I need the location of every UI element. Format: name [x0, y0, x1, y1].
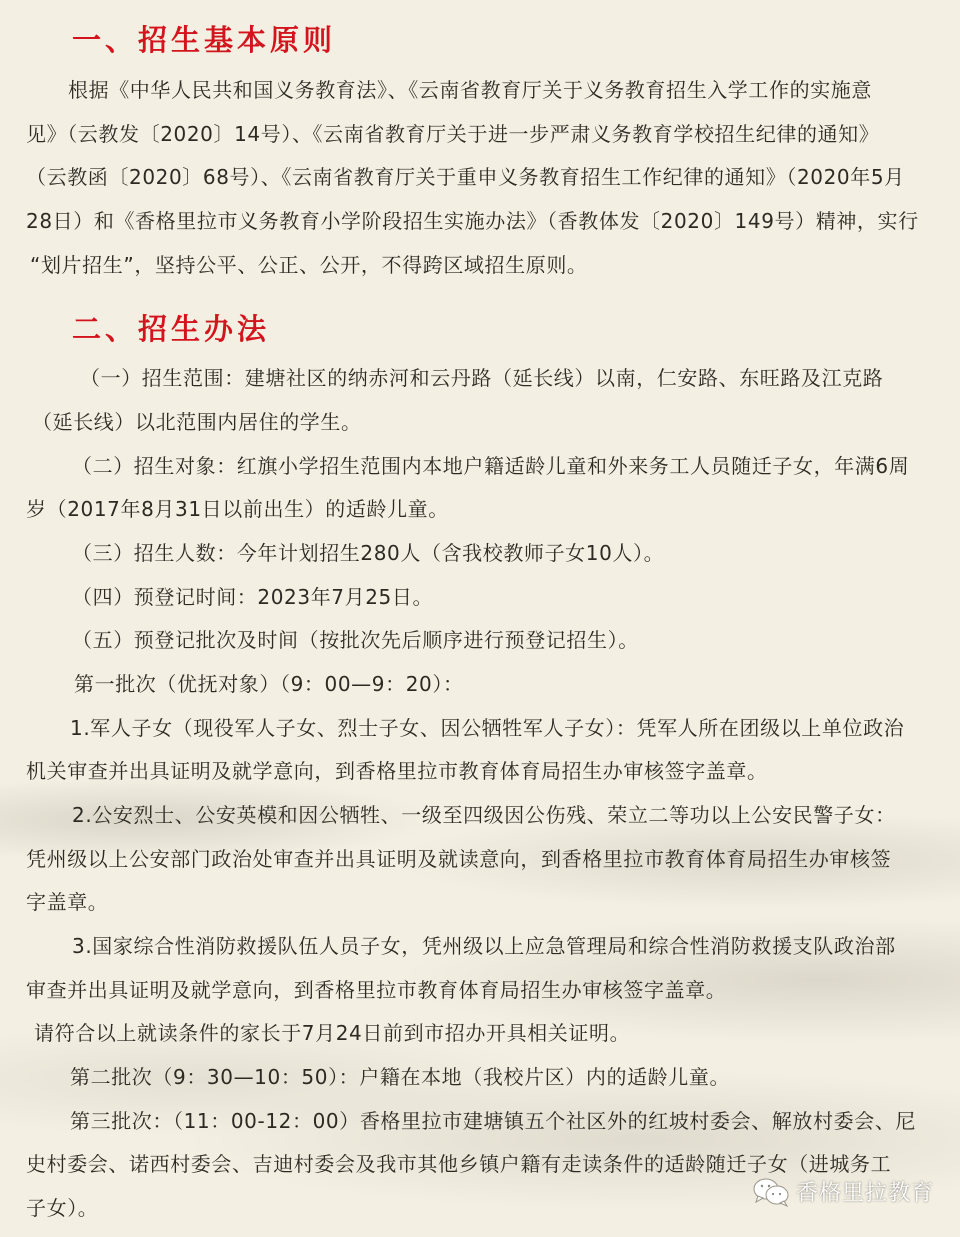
section-heading-principles: 一、招生基本原则 — [72, 18, 336, 59]
enrollment-target: 岁（2017年8月31日以前出生）的适龄儿童。 — [26, 497, 449, 521]
enrollment-count: （三）招生人数：今年计划招生280人（含我校教师子女10人）。 — [72, 541, 664, 565]
batch-1-item-3: 3.国家综合性消防救援队伍人员子女，凭州级以上应急管理局和综合性消防救援支队政治… — [72, 934, 896, 958]
batch-3: 史村委会、诺西村委会、吉迪村委会及我市其他乡镇户籍有走读条件的适龄随迁子女（进城… — [26, 1152, 891, 1176]
batch-1-item-3: 审查并出具证明及就学意向，到香格里拉市教育体育局招生办审核签字盖章。 — [26, 978, 726, 1002]
paragraph-line: 根据《中华人民共和国义务教育法》、《云南省教育厅关于义务教育招生入学工作的实施意 — [68, 78, 872, 102]
certificate-notice: 请符合以上就读条件的家长于7月24日前到市招办开具相关证明。 — [34, 1021, 630, 1045]
batch-1-item-1: 1.军人子女（现役军人子女、烈士子女、因公牺牲军人子女）：凭军人所在团级以上单位… — [70, 716, 904, 740]
enrollment-target: （二）招生对象：红旗小学招生范围内本地户籍适龄儿童和外来务工人员随迁子女，年满6… — [72, 454, 909, 478]
paragraph-line: 见》（云教发〔2020〕14号）、《云南省教育厅关于进一步严肃义务教育学校招生纪… — [26, 122, 879, 146]
batch-1-title: 第一批次（优抚对象）（9：00—9：20）： — [74, 672, 464, 696]
preregistration-batches: （五）预登记批次及时间（按批次先后顺序进行预登记招生）。 — [72, 628, 639, 652]
wechat-watermark: 香格里拉教育 — [752, 1176, 934, 1207]
batch-2: 第二批次（9：30—10：50）：户籍在本地（我校片区）内的适龄儿童。 — [70, 1065, 730, 1089]
preregistration-date: （四）预登记时间：2023年7月25日。 — [72, 585, 433, 609]
batch-1-item-2: 凭州级以上公安部门政治处审查并出具证明及就读意向，到香格里拉市教育体育局招生办审… — [26, 847, 891, 871]
watermark-label: 香格里拉教育 — [796, 1176, 934, 1207]
batch-3: 子女）。 — [26, 1196, 98, 1220]
enrollment-scope: （一）招生范围：建塘社区的纳赤河和云丹路（延长线）以南，仁安路、东旺路及江克路 — [80, 366, 883, 390]
batch-1-item-2: 2.公安烈士、公安英模和因公牺牲、一级至四级因公伤残、荣立二等功以上公安民警子女… — [72, 803, 896, 827]
batch-1-item-1: 机关审查并出具证明及就学意向，到香格里拉市教育体育局招生办审核签字盖章。 — [26, 759, 768, 783]
paragraph-line: 28日）和《香格里拉市义务教育小学阶段招生实施办法》（香教体发〔2020〕149… — [26, 209, 919, 233]
enrollment-scope: （延长线）以北范围内居住的学生。 — [32, 410, 362, 434]
wechat-icon — [752, 1177, 790, 1207]
batch-1-item-2: 字盖章。 — [26, 890, 108, 914]
paragraph-line: “划片招生”，坚持公平、公正、公开，不得跨区域招生原则。 — [30, 253, 588, 277]
paragraph-line: （云教函〔2020〕68号）、《云南省教育厅关于重申义务教育招生工作纪律的通知》… — [26, 165, 905, 189]
section-heading-methods: 二、招生办法 — [72, 307, 270, 348]
batch-3: 第三批次：（11：00-12：00）香格里拉市建塘镇五个社区外的红坡村委会、解放… — [70, 1109, 916, 1133]
